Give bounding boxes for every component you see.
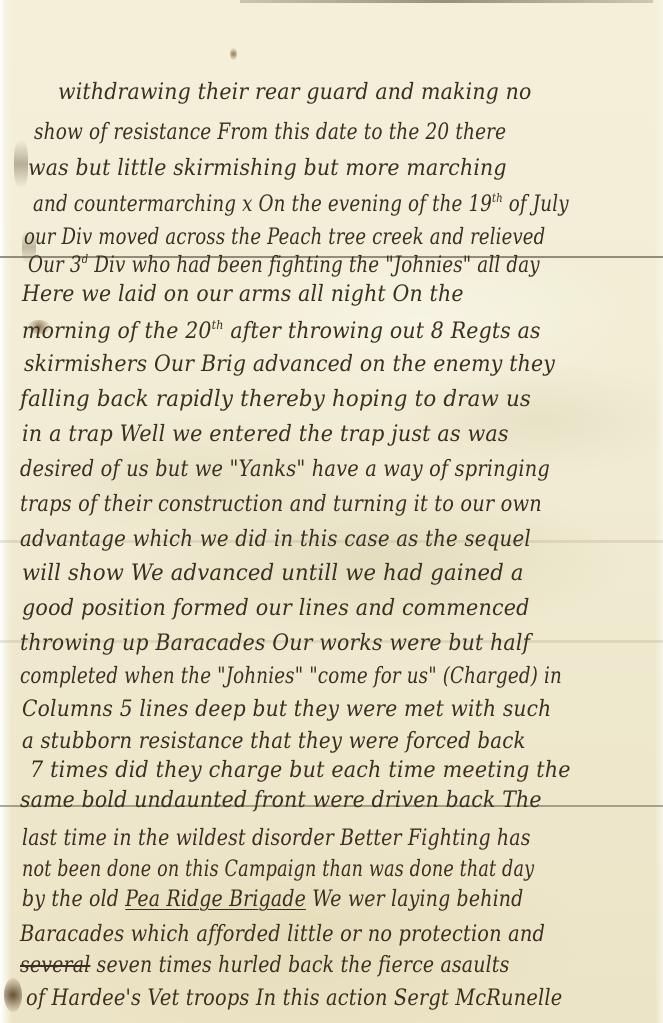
struck-word: several (20, 953, 90, 978)
letter-page: withdrawing their rear guard and making … (0, 0, 663, 1023)
text-line: good position formed our lines and comme… (22, 598, 530, 620)
text-line: Baracades which afforded little or no pr… (20, 924, 545, 946)
line-text: and countermarching x On the evening of … (33, 192, 492, 217)
text-line: a stubborn resistance that they were for… (22, 731, 526, 753)
text-line: completed when the "Johnies" "come for u… (20, 666, 562, 688)
text-line: by the old Pea Ridge Brigade We wer layi… (22, 889, 523, 911)
text-line: was but little skirmishing but more marc… (28, 158, 507, 180)
text-line: throwing up Baracades Our works were but… (20, 633, 530, 655)
text-line: desired of us but we "Yanks" have a way … (20, 459, 550, 481)
text-line: Columns 5 lines deep but they were met w… (22, 699, 551, 721)
text-line: withdrawing their rear guard and making … (58, 82, 532, 104)
paper-right-edge (655, 0, 663, 1023)
text-line: same bold undaunted front were driven ba… (20, 790, 542, 812)
text-line: falling back rapidly thereby hoping to d… (20, 389, 531, 411)
text-line: traps of their construction and turning … (20, 494, 542, 516)
text-line: several seven times hurled back the fier… (20, 955, 509, 977)
text-line: Our 3d Div who had been fighting the "Jo… (28, 253, 540, 277)
line-text: morning of the 20 (22, 319, 212, 344)
text-line: advantage which we did in this case as t… (20, 529, 531, 551)
text-line: not been done on this Campaign than was … (22, 859, 534, 881)
text-line: and countermarching x On the evening of … (33, 192, 569, 216)
text-line: Here we laid on our arms all night On th… (22, 284, 464, 306)
line-text: Our 3 (28, 253, 82, 278)
text-line: last time in the wildest disorder Better… (22, 828, 531, 850)
line-text: after throwing out 8 Regts as (224, 319, 541, 344)
line-text: seven times hurled back the fierce asaul… (90, 953, 509, 978)
superscript: th (492, 191, 503, 205)
text-line: skirmishers Our Brig advanced on the ene… (24, 354, 555, 376)
line-text: by the old (22, 887, 125, 912)
text-line: our Div moved across the Peach tree cree… (24, 227, 545, 249)
text-line: morning of the 20th after throwing out 8… (22, 319, 541, 343)
underlined-phrase: Pea Ridge Brigade (125, 887, 306, 912)
line-text: Div who had been fighting the "Johnies" … (88, 253, 539, 278)
water-stain (14, 140, 28, 188)
text-line: in a trap Well we entered the trap just … (22, 424, 509, 446)
text-line: show of resistance From this date to the… (34, 122, 506, 144)
ink-stain (4, 978, 22, 1012)
paper-top-shadow (240, 0, 653, 3)
text-line: 7 times did they charge but each time me… (30, 760, 571, 782)
superscript: th (212, 318, 224, 332)
line-text: We wer laying behind (306, 887, 523, 912)
text-line: of Hardee's Vet troops In this action Se… (26, 988, 562, 1010)
ink-stain (230, 48, 237, 60)
paper-left-edge (0, 0, 12, 1023)
text-line: will show We advanced untill we had gain… (22, 563, 524, 585)
line-text: of July (503, 192, 569, 217)
